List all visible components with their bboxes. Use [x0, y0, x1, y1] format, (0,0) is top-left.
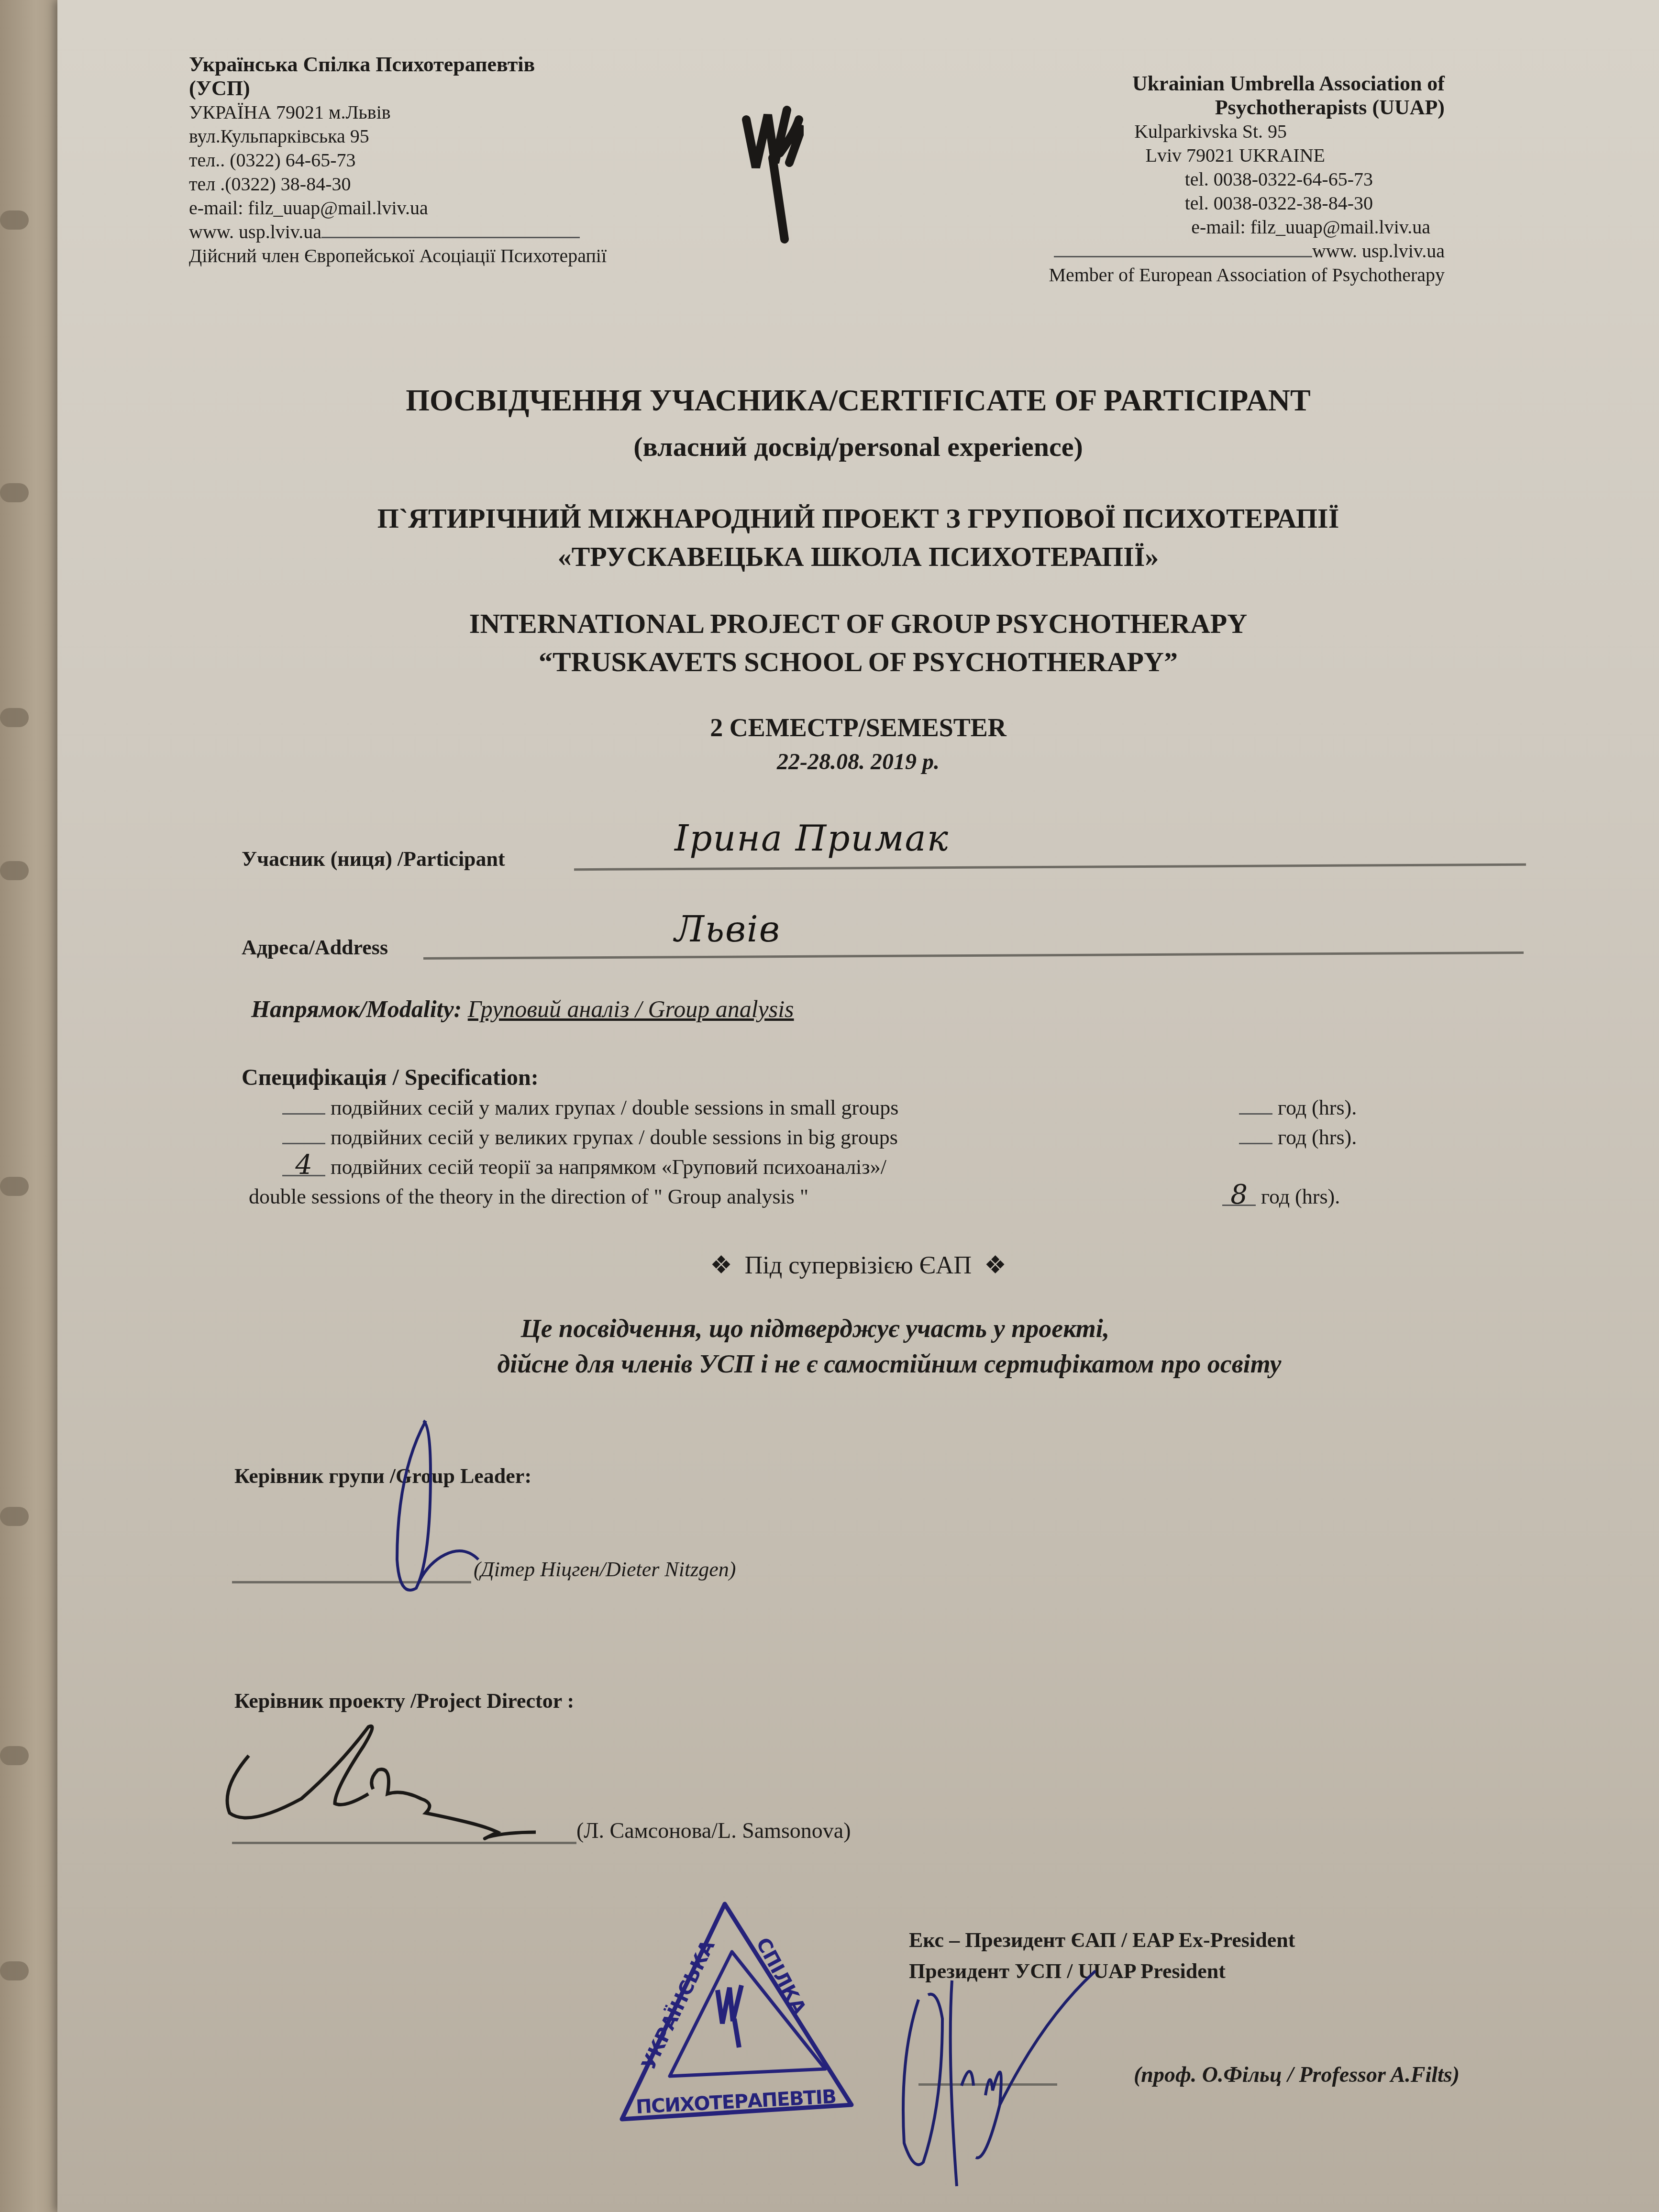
president-title1: Екс – Президент ЄАП / EAP Ex-President: [909, 1928, 1295, 1952]
spec-unit: год (hrs).: [1278, 1096, 1357, 1119]
project-director-name: (Л. Самсонова/L. Samsonova): [576, 1818, 851, 1843]
phone1: тел.. (0322) 64-65-73: [189, 148, 607, 172]
stamp-logo-icon: [718, 1985, 741, 2047]
binder-edge: [0, 0, 60, 2212]
binder-hole: [0, 861, 29, 880]
address-line: [423, 951, 1524, 960]
validity-note: Це посвідчення, що підтверджує участь у …: [57, 1311, 1659, 1382]
header-left: Українська Спілка Психотерапевтів (УСП) …: [189, 53, 607, 268]
divider: [1054, 256, 1312, 257]
spec-hours[interactable]: [1239, 1143, 1272, 1144]
binder-hole: [0, 708, 29, 727]
phone2: тел .(0322) 38-84-30: [189, 172, 607, 196]
address-label: Адреса/Address: [242, 935, 388, 960]
supervision: ❖ Під супервізією ЄАП ❖: [57, 1251, 1659, 1280]
binder-hole: [0, 1746, 29, 1765]
certificate-page: Українська Спілка Психотерапевтів (УСП) …: [57, 0, 1659, 2212]
certificate-subtitle: (власний досвід/personal experience): [57, 431, 1659, 463]
membership-ua: Дійсний член Європейської Асоціації Псих…: [189, 244, 607, 268]
certificate-title: ПОСВІДЧЕННЯ УЧАСНИКА/CERTIFICATE OF PART…: [57, 383, 1659, 418]
address-line1: УКРАЇНА 79021 м.Львів: [189, 100, 607, 124]
spec-text: double sessions of the theory in the dir…: [249, 1185, 808, 1208]
binder-hole: [0, 210, 29, 230]
group-leader-signature: [340, 1416, 541, 1617]
validity-line2: дійсне для членів УСП і не є самостійним…: [57, 1346, 1659, 1382]
spec-unit: год (hrs).: [1278, 1126, 1357, 1149]
project-title-ua-2: «ТРУСКАВЕЦЬКА ШКОЛА ПСИХОТЕРАПІЇ»: [57, 541, 1659, 573]
specification-heading: Специфікація / Specification:: [242, 1064, 539, 1091]
uuap-logo-icon: [741, 100, 804, 244]
binder-hole: [0, 1507, 29, 1526]
spec-row-cont: double sessions of the theory in the dir…: [249, 1182, 1430, 1212]
semester: 2 СЕМЕСТР/SEMESTER: [57, 713, 1659, 742]
org-abbr-ua: (УСП): [189, 77, 607, 100]
membership-en: Member of European Association of Psycho…: [909, 263, 1445, 287]
participant-label: Учасник (ниця) /Participant: [242, 847, 505, 871]
validity-line1: Це посвідчення, що підтверджує участь у …: [57, 1311, 1659, 1346]
supervision-text: Під супервізією ЄАП: [745, 1252, 972, 1279]
spec-hours[interactable]: 8: [1222, 1185, 1256, 1206]
org-name-en-2: Psychotherapists (UUAP): [909, 96, 1445, 120]
email-en: e-mail: filz_uuap@mail.lviv.ua: [909, 215, 1445, 239]
phone1-en: tel. 0038-0322-64-65-73: [909, 167, 1445, 191]
modality: Напрямок/Modality: Груповий аналіз / Gro…: [251, 995, 794, 1023]
project-director-label: Керівник проекту /Project Director :: [234, 1689, 574, 1713]
spec-text: подвійних сесій у великих групах / doubl…: [331, 1126, 898, 1149]
address-value[interactable]: Львів: [675, 909, 781, 950]
diamond-ornament-icon: ❖: [984, 1252, 1006, 1279]
org-name-en: Ukrainian Umbrella Association of: [909, 72, 1445, 96]
diamond-ornament-icon: ❖: [710, 1252, 732, 1279]
dates: 22-28.08. 2019 р.: [57, 749, 1659, 775]
president-signature: [890, 1961, 1148, 2191]
divider: [321, 237, 580, 238]
project-title-en-1: INTERNATIONAL PROJECT OF GROUP PSYCHOTHE…: [57, 608, 1659, 640]
org-name-ua: Українська Спілка Психотерапевтів: [189, 53, 607, 77]
spec-unit: год (hrs).: [1261, 1185, 1340, 1208]
address-line2: вул.Кульпарківська 95: [189, 124, 607, 148]
binder-hole: [0, 1961, 29, 1980]
spec-hours[interactable]: [1239, 1113, 1272, 1115]
street-en: Kulparkivska St. 95: [909, 120, 1445, 144]
participant-value[interactable]: Ірина Примак: [675, 818, 949, 859]
website-en: www. usp.lviv.ua: [1312, 240, 1445, 262]
spec-count[interactable]: [282, 1113, 325, 1115]
binder-hole: [0, 483, 29, 502]
organization-stamp: УКРАЇНСЬКА СПІЛКА ПСИХОТЕРАПЕВТІВ: [608, 1885, 866, 2143]
spec-hours-wrap: год (hrs).: [1239, 1093, 1357, 1123]
header-right: Ukrainian Umbrella Association of Psycho…: [909, 72, 1445, 287]
spec-row: подвійних сесій у малих групах / double …: [282, 1093, 1430, 1123]
project-title-ua-1: П`ЯТИРІЧНИЙ МІЖНАРОДНИЙ ПРОЕКТ З ГРУПОВО…: [57, 502, 1659, 534]
spec-text: подвійних сесій у малих групах / double …: [331, 1096, 898, 1119]
website: www. usp.lviv.ua: [189, 221, 321, 243]
spec-row: 4 подвійних сесій теорії за напрямком «Г…: [282, 1152, 1430, 1182]
spec-count[interactable]: 4: [282, 1156, 325, 1176]
modality-label: Напрямок/Modality: [251, 995, 454, 1022]
spec-text: подвійних сесій теорії за напрямком «Гру…: [331, 1155, 886, 1179]
participant-line: [574, 863, 1526, 871]
spec-row: подвійних сесій у великих групах / doubl…: [282, 1123, 1430, 1152]
president-name: (проф. О.Фільц / Professor A.Filts): [1134, 2062, 1460, 2087]
spec-hours-wrap: 8 год (hrs).: [1222, 1182, 1340, 1212]
city-en: Lviv 79021 UKRAINE: [909, 144, 1445, 167]
spec-hours-wrap: год (hrs).: [1239, 1123, 1357, 1152]
project-title-en-2: “TRUSKAVETS SCHOOL OF PSYCHOTHERAPY”: [57, 646, 1659, 678]
project-director-signature: [220, 1717, 603, 1856]
stamp-right-text: СПІЛКА: [752, 1934, 810, 2018]
specification-list: подвійних сесій у малих групах / double …: [282, 1093, 1430, 1212]
spec-count[interactable]: [282, 1143, 325, 1144]
email: e-mail: filz_uuap@mail.lviv.ua: [189, 196, 607, 220]
modality-value: Груповий аналіз / Group analysis: [468, 995, 794, 1022]
binder-hole: [0, 1177, 29, 1196]
phone2-en: tel. 0038-0322-38-84-30: [909, 191, 1445, 215]
